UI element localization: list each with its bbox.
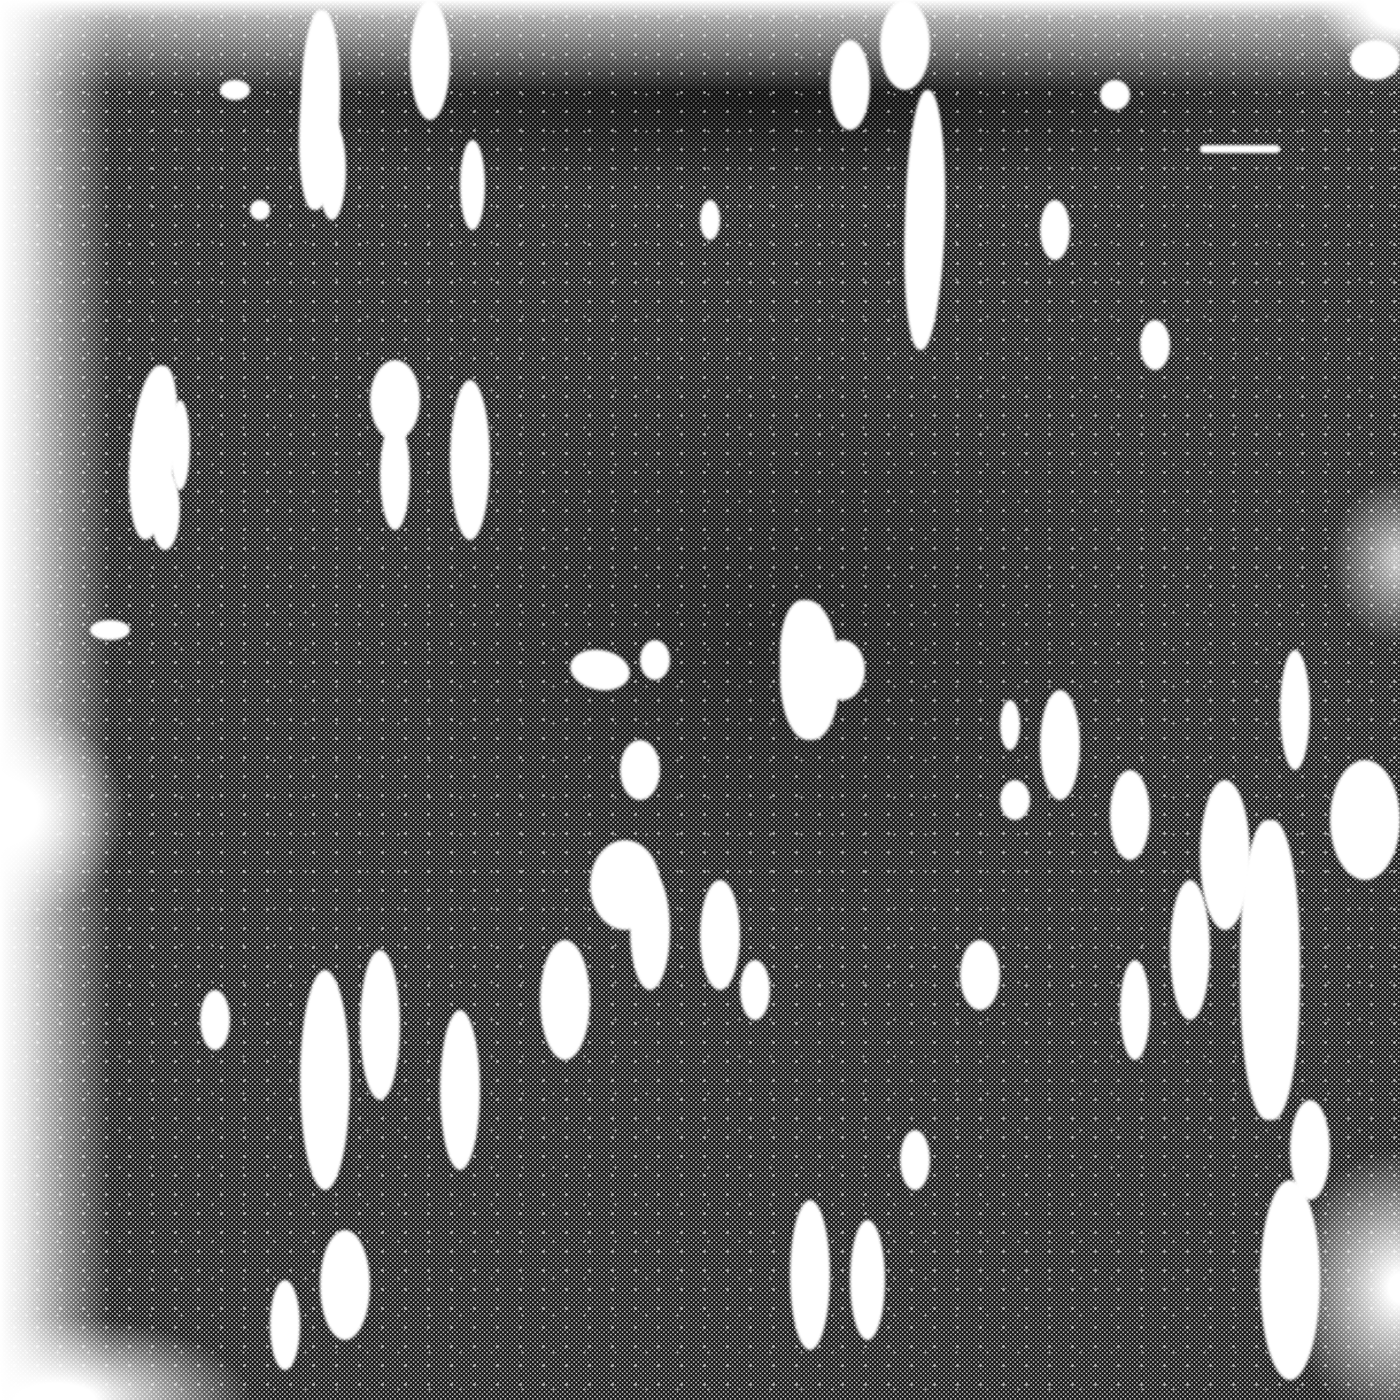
grunge-texture (0, 0, 1400, 1400)
halftone-dot-layer (0, 0, 1400, 1400)
